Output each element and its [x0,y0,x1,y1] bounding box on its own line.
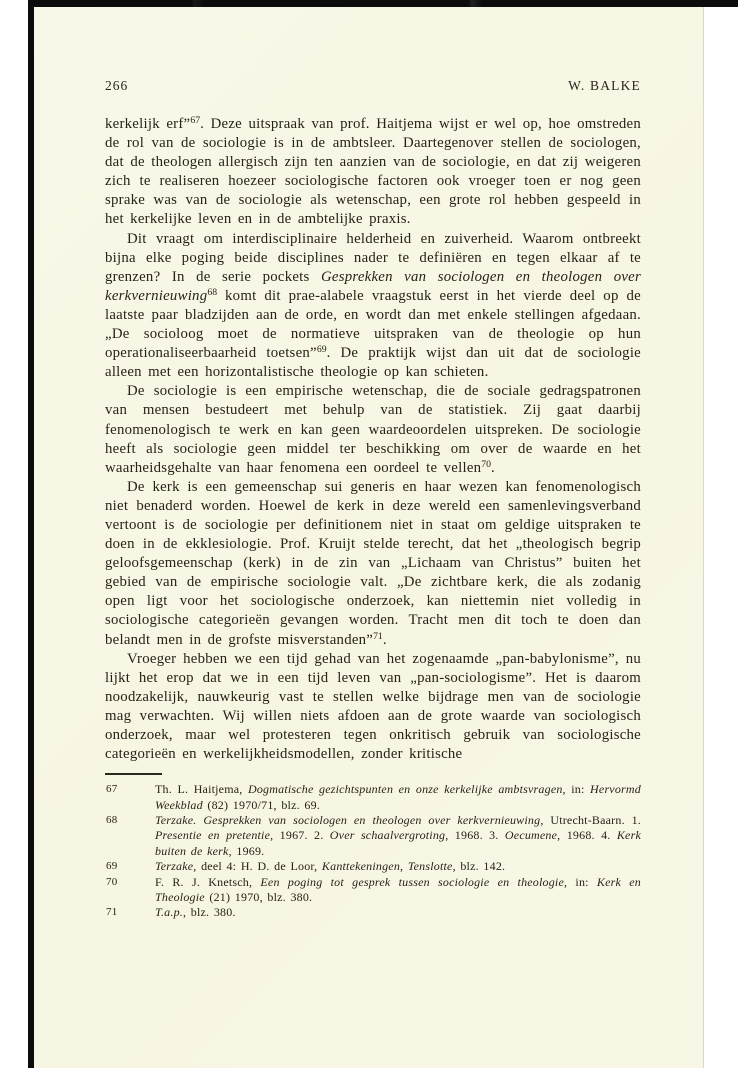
footnote: 71T.a.p., blz. 380. [105,905,641,920]
text-run: , 1968. 3. [445,828,505,842]
text-run: (21) 1970, blz. 380. [205,890,312,904]
footnote: 69Terzake, deel 4: H. D. de Loor, Kantte… [105,859,641,874]
text-run: Oecumene [505,828,557,842]
footnote-number: 69 [106,859,117,874]
scan-border-top [28,0,738,7]
text-run: , [400,859,408,873]
text-run: De sociologie is een empirische wetensch… [105,383,641,475]
text-run: (82) 1970/71, blz. 69. [203,798,320,812]
text-run: , 1969. [229,844,265,858]
footnotes: 67Th. L. Haitjema, Dogmatische gezichtsp… [105,782,641,921]
text-run: Th. L. Haitjema, [155,782,248,796]
running-head-author: W. BALKE [568,78,641,94]
footnote: 68Terzake. Gesprekken van sociologen en … [105,813,641,859]
text-run: , 1967. 2. [270,828,330,842]
paragraph: De kerk is een gemeenschap sui generis e… [105,478,641,650]
footnote-number: 67 [106,782,117,797]
footnote-number: 70 [106,875,117,890]
paragraph: kerkelijk erf”67. Deze uitspraak van pro… [105,115,641,230]
page: 266 W. BALKE kerkelijk erf”67. Deze uits… [34,7,704,1068]
paragraph: Vroeger hebben we een tijd gehad van het… [105,650,641,765]
text-run: , blz. 142. [453,859,506,873]
text-run: Tenslotte [408,859,453,873]
scanned-page-scan: 266 W. BALKE kerkelijk erf”67. Deze uits… [0,0,738,1068]
text-run: Presentie en pretentie [155,828,270,842]
text-run: Terzake. Gesprekken van sociologen en th… [155,813,540,827]
text-run: , 1968. 4. [557,828,617,842]
running-header: 266 W. BALKE [105,78,641,94]
text-run: , blz. 380. [183,905,236,919]
paragraph: De sociologie is een empirische wetensch… [105,382,641,477]
text-run: , in: [564,875,597,889]
footnote: 70F. R. J. Knetsch, Een poging tot gespr… [105,875,641,906]
text-run: Een poging tot gesprek tussen sociologie… [260,875,564,889]
text-run: , in: [563,782,591,796]
text-run: , deel 4: H. D. de Loor, [193,859,322,873]
text-run: . [383,632,387,648]
footnote-number: 68 [106,813,117,828]
footnote-number: 71 [106,905,117,920]
footnote: 67Th. L. Haitjema, Dogmatische gezichtsp… [105,782,641,813]
text-run: T.a.p. [155,905,183,919]
body-text: kerkelijk erf”67. Deze uitspraak van pro… [105,115,641,764]
text-run: Dogmatische gezichtspunten en onze kerke… [248,782,563,796]
paragraph: Dit vraagt om interdisciplinaire helderh… [105,230,641,383]
page-number: 266 [105,78,128,94]
footnote-reference: 68 [207,287,217,298]
text-run: Kanttekeningen [322,859,400,873]
text-run: kerkelijk erf” [105,116,190,132]
text-run: Terzake [155,859,193,873]
page-content: 266 W. BALKE kerkelijk erf”67. Deze uits… [105,7,641,921]
text-run: , Utrecht-Baarn. 1. [540,813,641,827]
text-run: Over schaalvergroting [330,828,445,842]
text-run: . Deze uitspraak van prof. Haitjema wijs… [105,116,641,227]
footnote-reference: 71 [373,631,383,642]
text-run: F. R. J. Knetsch, [155,875,260,889]
text-run: . [491,460,495,476]
footnote-reference: 70 [481,459,491,470]
text-run: De kerk is een gemeenschap sui generis e… [105,479,641,648]
footnote-separator-rule [105,773,162,775]
footnote-reference: 69 [317,344,327,355]
footnote-reference: 67 [190,115,200,126]
text-run: Vroeger hebben we een tijd gehad van het… [105,651,641,762]
